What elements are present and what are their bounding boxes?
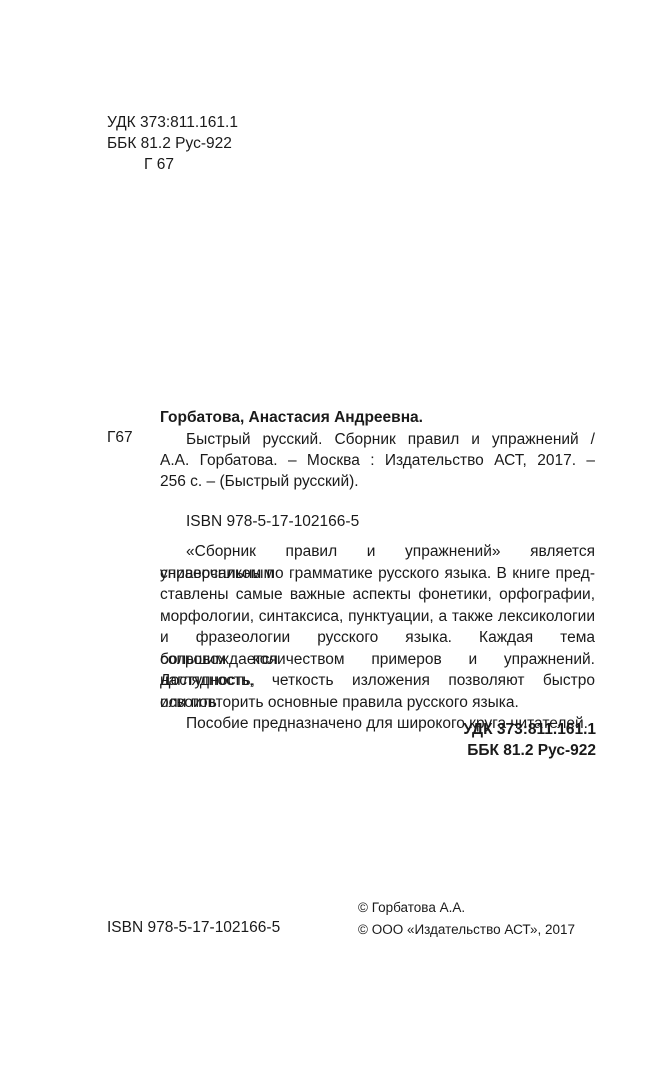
top-classification-codes: УДК 373:811.161.1 ББК 81.2 Рус-922 Г 67 [107, 112, 238, 175]
copyright-author: © Горбатова А.А. [358, 897, 575, 919]
udk-code-bold: УДК 373:811.161.1 [463, 719, 596, 740]
annotation-line: справочником по грамматике русского язык… [160, 563, 595, 585]
author-name: Горбатова, Анастасия Андреевна. [160, 409, 423, 427]
isbn-main: ISBN 978-5-17-102166-5 [186, 513, 359, 531]
annotation-line: наглядность, четкость изложения позволяю… [160, 670, 595, 692]
annotation: «Сборник правил и упражнений» является у… [160, 541, 595, 735]
bbk-code-bold: ББК 81.2 Рус-922 [463, 740, 596, 761]
copyright-block: © Горбатова А.А. © ООО «Издательство АСТ… [358, 897, 575, 941]
copyright-publisher: © ООО «Издательство АСТ», 2017 [358, 919, 575, 941]
annotation-line: морфологии, синтаксиса, пунктуации, а та… [160, 606, 595, 628]
bbk-code: ББК 81.2 Рус-922 [107, 133, 238, 154]
annotation-line: и фразеологии русского языка. Каждая тем… [160, 627, 595, 649]
annotation-line: ставлены самые важные аспекты фонетики, … [160, 584, 595, 606]
isbn-footer: ISBN 978-5-17-102166-5 [107, 919, 280, 937]
annotation-line: большим количеством примеров и упражнени… [160, 649, 595, 671]
annotation-line: или повторить основные правила русского … [160, 692, 595, 714]
annotation-line: «Сборник правил и упражнений» является у… [160, 541, 595, 563]
biblio-line: 256 с. – (Быстрый русский). [160, 471, 595, 492]
udk-code: УДК 373:811.161.1 [107, 112, 238, 133]
biblio-line: Быстрый русский. Сборник правил и упражн… [160, 429, 595, 450]
classification-codes-right: УДК 373:811.161.1 ББК 81.2 Рус-922 [463, 719, 596, 761]
bibliographic-description: Быстрый русский. Сборник правил и упражн… [160, 429, 595, 492]
biblio-line: А.А. Горбатова. – Москва : Издательство … [160, 450, 595, 471]
author-mark-left: Г67 [107, 429, 133, 447]
author-mark: Г 67 [107, 154, 238, 175]
